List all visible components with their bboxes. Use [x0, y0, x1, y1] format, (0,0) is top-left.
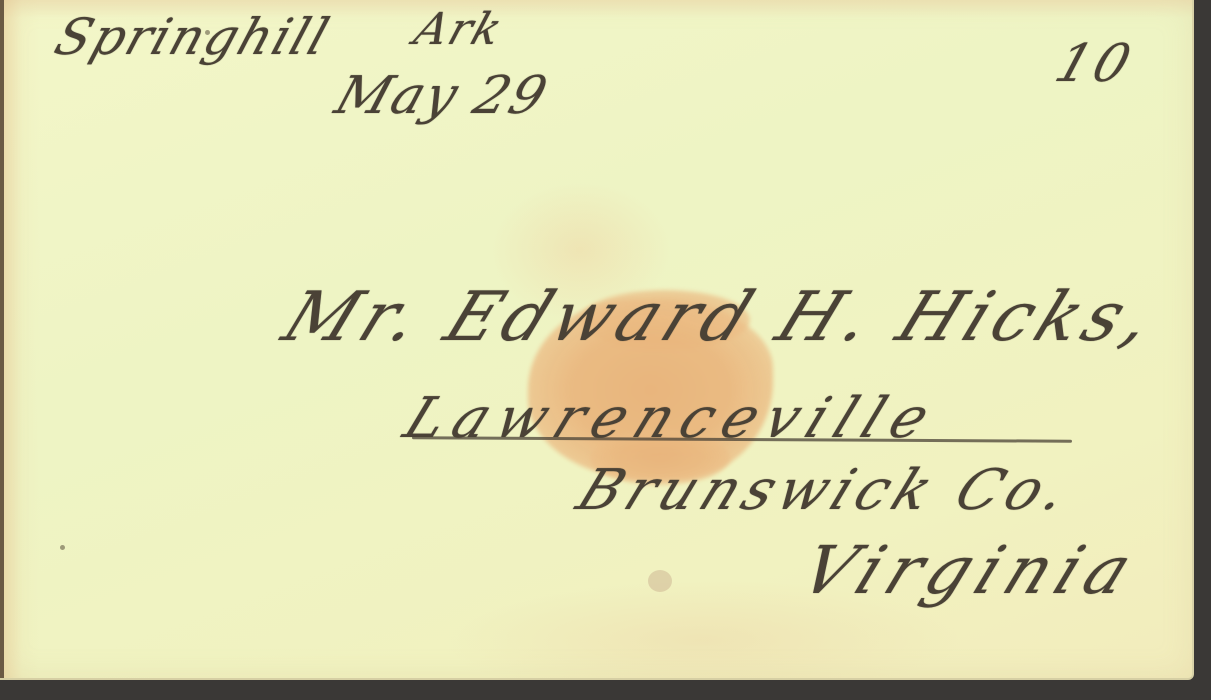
postmark-date: May 29 — [328, 66, 556, 126]
small-smudge — [648, 570, 672, 592]
addressee-county: Brunswick Co. — [568, 458, 1083, 523]
envelope: Springhill Ark May 29 10 Mr. Edward H. H… — [0, 0, 1194, 680]
addressee-state: Virginia — [790, 532, 1151, 609]
postmark-town: Springhill — [48, 8, 337, 66]
envelope-scan: Springhill Ark May 29 10 Mr. Edward H. H… — [0, 0, 1211, 700]
postage-rate: 10 — [1048, 34, 1142, 94]
postmark-state: Ark — [408, 4, 510, 55]
addressee-name: Mr. Edward H. Hicks, — [272, 278, 1171, 357]
ink-speck — [60, 545, 65, 550]
envelope-left-edge — [0, 0, 4, 678]
